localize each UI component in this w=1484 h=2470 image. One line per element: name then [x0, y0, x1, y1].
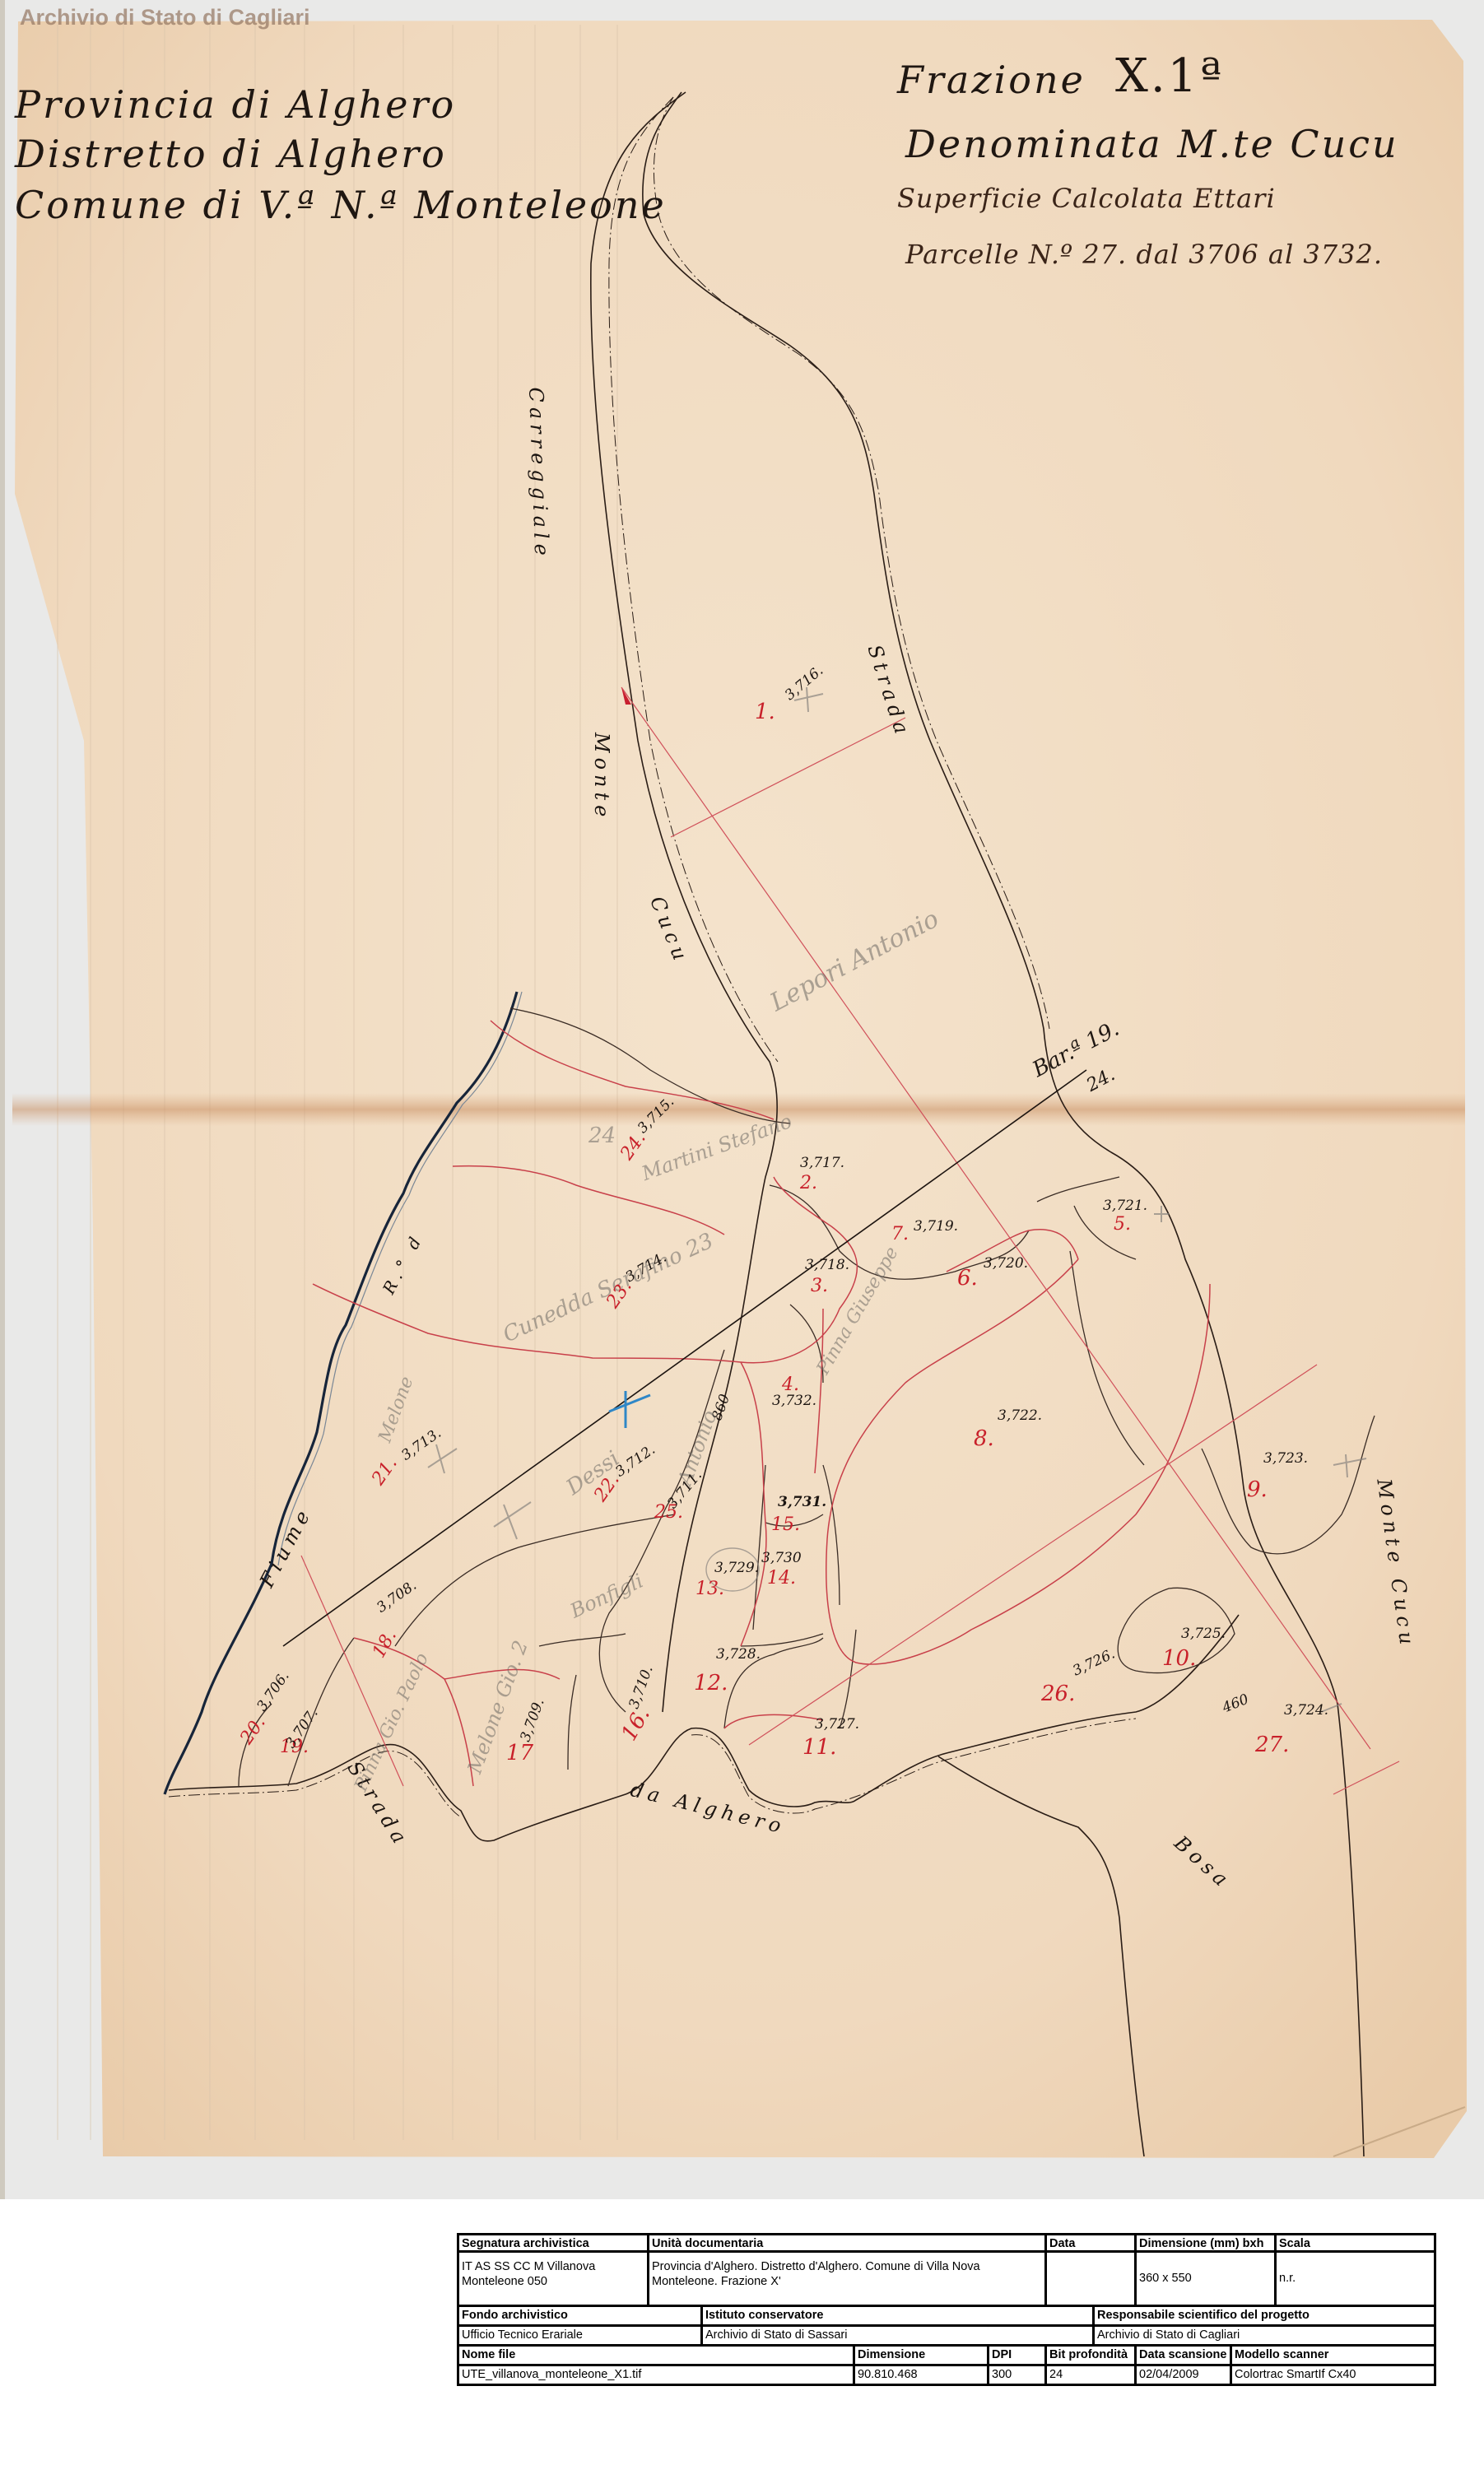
- parcel-4-mappale: 3,732.: [772, 1393, 816, 1409]
- metadata-header-row-2: Fondo archivistico Istituto conservatore…: [457, 2307, 1436, 2327]
- header-fondo: Fondo archivistico: [459, 2307, 703, 2327]
- header-responsabile: Responsabile scientifico del progetto: [1095, 2307, 1436, 2327]
- parcel-2-mappale: 3,717.: [800, 1155, 844, 1171]
- parcel-6-number: 6.: [957, 1266, 978, 1291]
- parcel-17-number: 17: [506, 1741, 533, 1765]
- parcel-8-mappale: 3,722.: [998, 1407, 1042, 1424]
- parcel-5-mappale: 3,721.: [1103, 1198, 1147, 1214]
- parcel-13-number: 13.: [695, 1579, 724, 1599]
- header-scala: Scala: [1277, 2233, 1436, 2253]
- value-data: [1047, 2253, 1137, 2307]
- header-bit: Bit profondità: [1047, 2347, 1137, 2366]
- parcel-9-mappale: 3,723.: [1263, 1450, 1308, 1467]
- parcel-15-number: 15.: [771, 1514, 800, 1535]
- header-dpi: DPI: [989, 2347, 1047, 2366]
- value-dpi: 300: [989, 2366, 1047, 2386]
- title-frazione-number: X.1ª: [1115, 49, 1224, 103]
- value-segnatura: IT AS SS CC M Villanova Monteleone 050: [459, 2253, 649, 2307]
- header-data-scansione: Data scansione: [1137, 2347, 1232, 2366]
- header-nome-file: Nome file: [459, 2347, 855, 2366]
- parcel-11-mappale: 3,727.: [815, 1716, 859, 1733]
- header-segnatura: Segnatura archivistica: [459, 2233, 649, 2253]
- title-provincia: Provincia di Alghero: [15, 82, 456, 127]
- metadata-value-row-2: Ufficio Tecnico Erariale Archivio di Sta…: [457, 2327, 1436, 2347]
- parcel-7-mappale: 3,719.: [914, 1218, 958, 1235]
- paper-sheet: [15, 20, 1467, 2158]
- title-distretto: Distretto di Alghero: [15, 132, 447, 176]
- header-dimensione-mm: Dimensione (mm) bxh: [1137, 2233, 1277, 2253]
- parcel-13-mappale: 3,729.: [714, 1560, 759, 1576]
- metadata-table: Segnatura archivistica Unità documentari…: [457, 2233, 1436, 2386]
- parcel-3-number: 3.: [811, 1276, 828, 1296]
- parcel-26-number: 26.: [1041, 1682, 1075, 1706]
- parcel-6-mappale: 3,720.: [984, 1255, 1028, 1272]
- parcel-5-number: 5.: [1114, 1214, 1131, 1235]
- parcel-2-number: 2.: [800, 1173, 817, 1193]
- value-modello: Colortrac SmartIf Cx40: [1232, 2366, 1436, 2386]
- superficie-label: Superficie Calcolata Ettari: [897, 183, 1276, 214]
- metadata-header-row-1: Segnatura archivistica Unità documentari…: [457, 2233, 1436, 2253]
- value-istituto: Archivio di Stato di Sassari: [703, 2327, 1095, 2347]
- parcelle-label: Parcelle N.º 27. dal 3706 al 3732.: [905, 239, 1383, 270]
- metadata-value-row-3: UTE_villanova_monteleone_X1.tif 90.810.4…: [457, 2366, 1436, 2386]
- parcel-11-number: 11.: [802, 1735, 836, 1760]
- parcel-3-mappale: 3,718.: [805, 1257, 849, 1273]
- watermark-archive: Archivio di Stato di Cagliari: [20, 5, 310, 30]
- metadata-header-row-3: Nome file Dimensione DPI Bit profondità …: [457, 2347, 1436, 2366]
- value-unita: Provincia d'Alghero. Distretto d'Alghero…: [649, 2253, 1047, 2307]
- parcel-10-number: 10.: [1162, 1646, 1196, 1671]
- parcel-15-mappale: 3,731.: [778, 1494, 826, 1510]
- fold-stain: [12, 1093, 1465, 1126]
- parcel-7-number: 7.: [891, 1224, 909, 1244]
- parcel-14-number: 14.: [767, 1568, 796, 1589]
- header-istituto: Istituto conservatore: [703, 2307, 1095, 2327]
- value-fondo: Ufficio Tecnico Erariale: [459, 2327, 703, 2347]
- parcel-14-mappale: 3,730: [761, 1550, 802, 1566]
- value-dimensione-mm: 360 x 550: [1137, 2253, 1277, 2307]
- parcel-8-number: 8.: [974, 1426, 994, 1451]
- pencil-note-24: 24: [588, 1123, 616, 1148]
- metadata-value-row-1: IT AS SS CC M Villanova Monteleone 050 P…: [457, 2253, 1436, 2307]
- value-bit: 24: [1047, 2366, 1137, 2386]
- header-dimensione: Dimensione: [855, 2347, 989, 2366]
- header-data: Data: [1047, 2233, 1137, 2253]
- value-data-scansione: 02/04/2009: [1137, 2366, 1232, 2386]
- parcel-27-number: 27.: [1255, 1733, 1289, 1757]
- title-denominata: Denominata M.te Cucu: [905, 122, 1399, 166]
- parcel-10-mappale: 3,725.: [1181, 1626, 1226, 1642]
- value-dimensione: 90.810.468: [855, 2366, 989, 2386]
- value-scala: n.r.: [1277, 2253, 1436, 2307]
- parcel-12-mappale: 3,728.: [716, 1646, 761, 1663]
- title-frazione: Frazione: [897, 58, 1086, 102]
- title-comune: Comune di V.ª N.ª Monteleone: [15, 183, 667, 227]
- value-responsabile: Archivio di Stato di Cagliari: [1095, 2327, 1436, 2347]
- parcel-27-mappale: 3,724.: [1284, 1702, 1328, 1719]
- value-nome-file: UTE_villanova_monteleone_X1.tif: [459, 2366, 855, 2386]
- header-modello: Modello scanner: [1232, 2347, 1436, 2366]
- header-unita: Unità documentaria: [649, 2233, 1047, 2253]
- parcel-12-number: 12.: [694, 1671, 728, 1696]
- parcel-1-number: 1.: [755, 700, 775, 724]
- cadastral-map: [0, 0, 1484, 2199]
- road-label-monte: Monte: [590, 733, 613, 821]
- parcel-9-number: 9.: [1247, 1477, 1268, 1502]
